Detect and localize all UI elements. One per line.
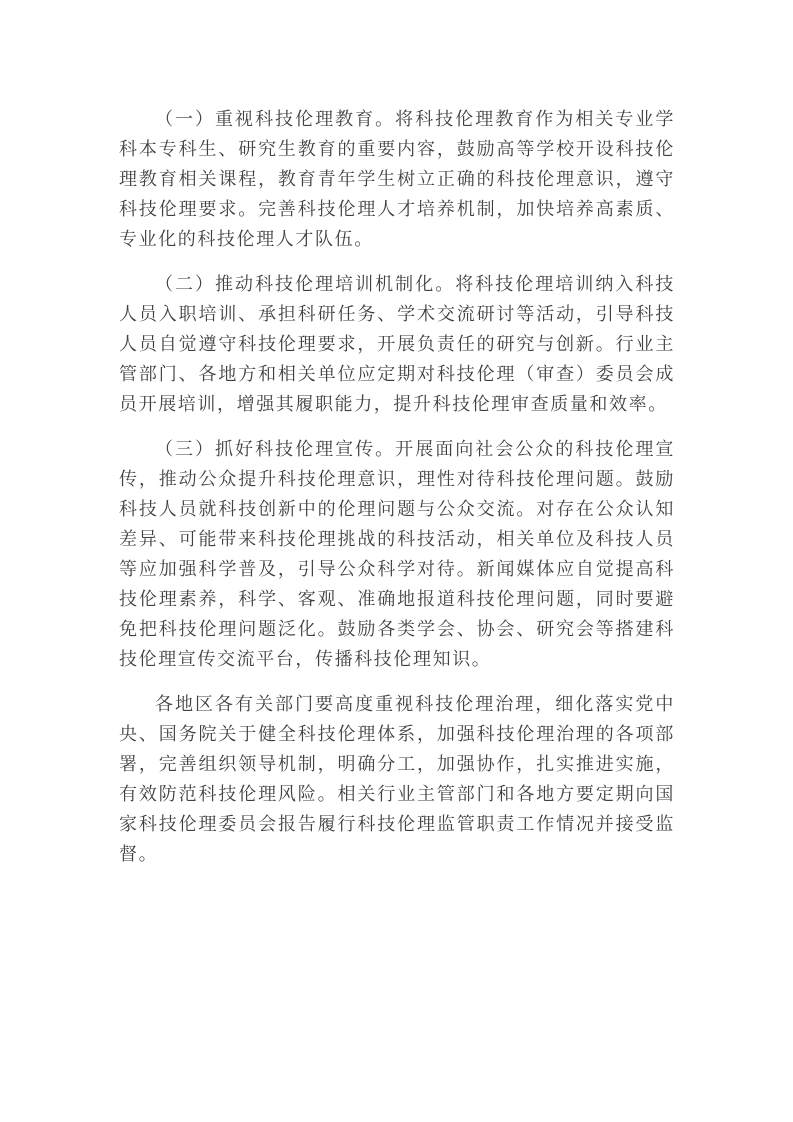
paragraph-closing: 各地区各有关部门要高度重视科技伦理治理，细化落实党中央、国务院关于健全科技伦理体… [119,689,675,869]
paragraph-item-1: （一）重视科技伦理教育。将科技伦理教育作为相关专业学科本专科生、研究生教育的重要… [119,104,675,254]
paragraph-item-3: （三）抓好科技伦理宣传。开展面向社会公众的科技伦理宣传，推动公众提升科技伦理意识… [119,434,675,674]
paragraph-item-2: （二）推动科技伦理培训机制化。将科技伦理培训纳入科技人员入职培训、承担科研任务、… [119,269,675,419]
document-page: （一）重视科技伦理教育。将科技伦理教育作为相关专业学科本专科生、研究生教育的重要… [0,0,793,1122]
